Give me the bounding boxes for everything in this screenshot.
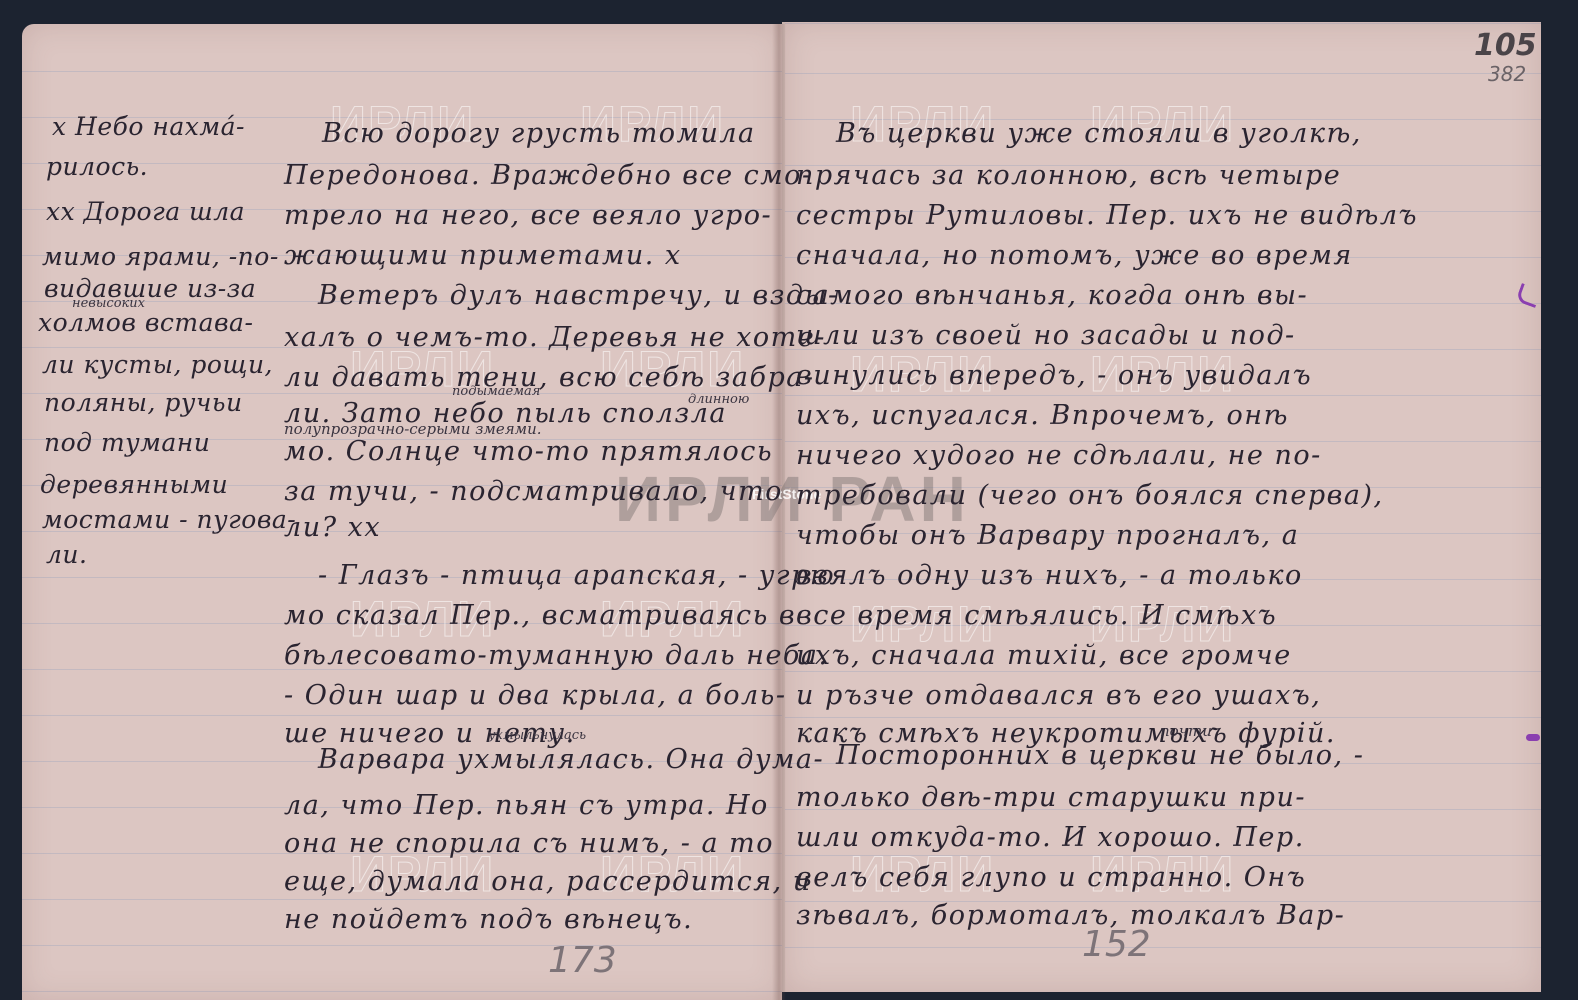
text-line: она не спорила съ нимъ, - а то xyxy=(284,828,774,859)
text-line: Варвара ухмылялась. Она дума- xyxy=(318,744,824,775)
text-line: сестры Рутиловы. Пер. ихъ не видѣлъ xyxy=(796,200,1418,231)
text-line: ли? хх xyxy=(284,512,381,543)
text-line: - Глазъ - птица арапская, - угрю- xyxy=(318,560,846,591)
text-line: ла, что Пер. пьян съ утра. Но xyxy=(284,790,769,821)
text-line: шли изъ своей но засады и под- xyxy=(796,320,1296,351)
text-line: ихъ, сначала тихій, все громче xyxy=(796,640,1292,671)
margin-note-line: под тумани xyxy=(44,428,210,457)
text-line: трело на него, все веяло угро- xyxy=(284,200,772,231)
folio-sub-number: 382 xyxy=(1488,62,1526,86)
margin-note-line: ли. xyxy=(46,540,87,569)
text-line: чтобы онъ Варвару прогналъ, а xyxy=(796,520,1299,551)
text-line: требовали (чего онъ боялся сперва), xyxy=(796,480,1384,511)
text-line: ли давать тени, всю себѣ забра- xyxy=(284,362,814,393)
text-line: только двѣ-три старушки при- xyxy=(796,782,1306,813)
text-line: прячась за колонною, всѣ четыре xyxy=(796,160,1341,191)
margin-note-line: деревянными xyxy=(40,470,228,499)
margin-note-line: рилось. xyxy=(46,152,148,181)
pencil-page-number: 152 xyxy=(1082,924,1151,965)
margin-note-line: ли кусты, рощи, xyxy=(42,350,273,379)
text-line: Посторонних в церкви не было, - xyxy=(836,740,1364,771)
text-line: Передонова. Враждебно все смо- xyxy=(284,160,813,191)
text-line: ничего худого не сдѣлали, не по- xyxy=(796,440,1322,471)
pencil-page-number: 173 xyxy=(548,940,617,981)
margin-note-line: х Небо нахмá- xyxy=(52,112,245,141)
text-line: за тучи, - подсматривало, что xyxy=(284,476,783,507)
text-line: мо. Солнце что-то прятялось xyxy=(284,436,773,467)
violet-dash-mark xyxy=(1526,734,1540,741)
text-line: еще, думала она, рассердится, и xyxy=(284,866,812,897)
text-line: ихъ, испугался. Впрочемъ, онѣ xyxy=(796,400,1289,431)
text-line: все время смѣялись. И смѣхъ xyxy=(796,600,1277,631)
text-line: велъ себя глупо и странно. Онъ xyxy=(796,862,1306,893)
text-line: и ръзче отдавался въ его ушахъ, xyxy=(796,680,1321,711)
text-line: жающими приметами. х xyxy=(284,240,682,271)
text-line: сначала, но потомъ, уже во время xyxy=(796,240,1353,271)
text-line: шли откуда-то. И хорошо. Пер. xyxy=(796,822,1305,853)
margin-note-line: холмов встава- xyxy=(38,308,253,337)
margin-note-line: хх Дорога шла xyxy=(46,197,245,226)
text-line: - Один шар и два крыла, а боль- xyxy=(284,680,787,711)
margin-note-line: поляны, ручьи xyxy=(44,388,243,417)
interlinear-insert: почти xyxy=(1160,722,1212,740)
text-line: винулись впередъ, - онъ увидалъ xyxy=(796,360,1312,391)
text-line: Въ церкви уже стояли в уголкѣ, xyxy=(836,118,1362,149)
interlinear-insert: ухмыльнулась xyxy=(488,728,586,743)
text-line: халъ о чемъ-то. Деревья не хоте- xyxy=(284,322,826,353)
text-line: Ветеръ дулъ навстречу, и взды- xyxy=(318,280,839,311)
text-line: зѣвалъ, бормоталъ, толкалъ Вар- xyxy=(796,900,1345,931)
margin-note-line: мостами - пугова- xyxy=(42,505,296,534)
text-line: самого вѣнчанья, когда онѣ вы- xyxy=(796,280,1308,311)
text-line: взялъ одну изъ нихъ, - а только xyxy=(796,560,1303,591)
margin-note-line: мимо ярами, -по- xyxy=(42,242,279,271)
text-line: Всю дорогу грусть томила xyxy=(322,118,756,149)
text-line: бѣлесовато-туманную даль неба. xyxy=(284,640,829,671)
interlinear-insert: подымаемая xyxy=(452,384,540,399)
text-line: не пойдетъ подъ вѣнецъ. xyxy=(284,904,693,935)
folio-number: 105 xyxy=(1474,28,1537,63)
text-line: мо сказал Пер., всматриваясь в xyxy=(284,600,796,631)
